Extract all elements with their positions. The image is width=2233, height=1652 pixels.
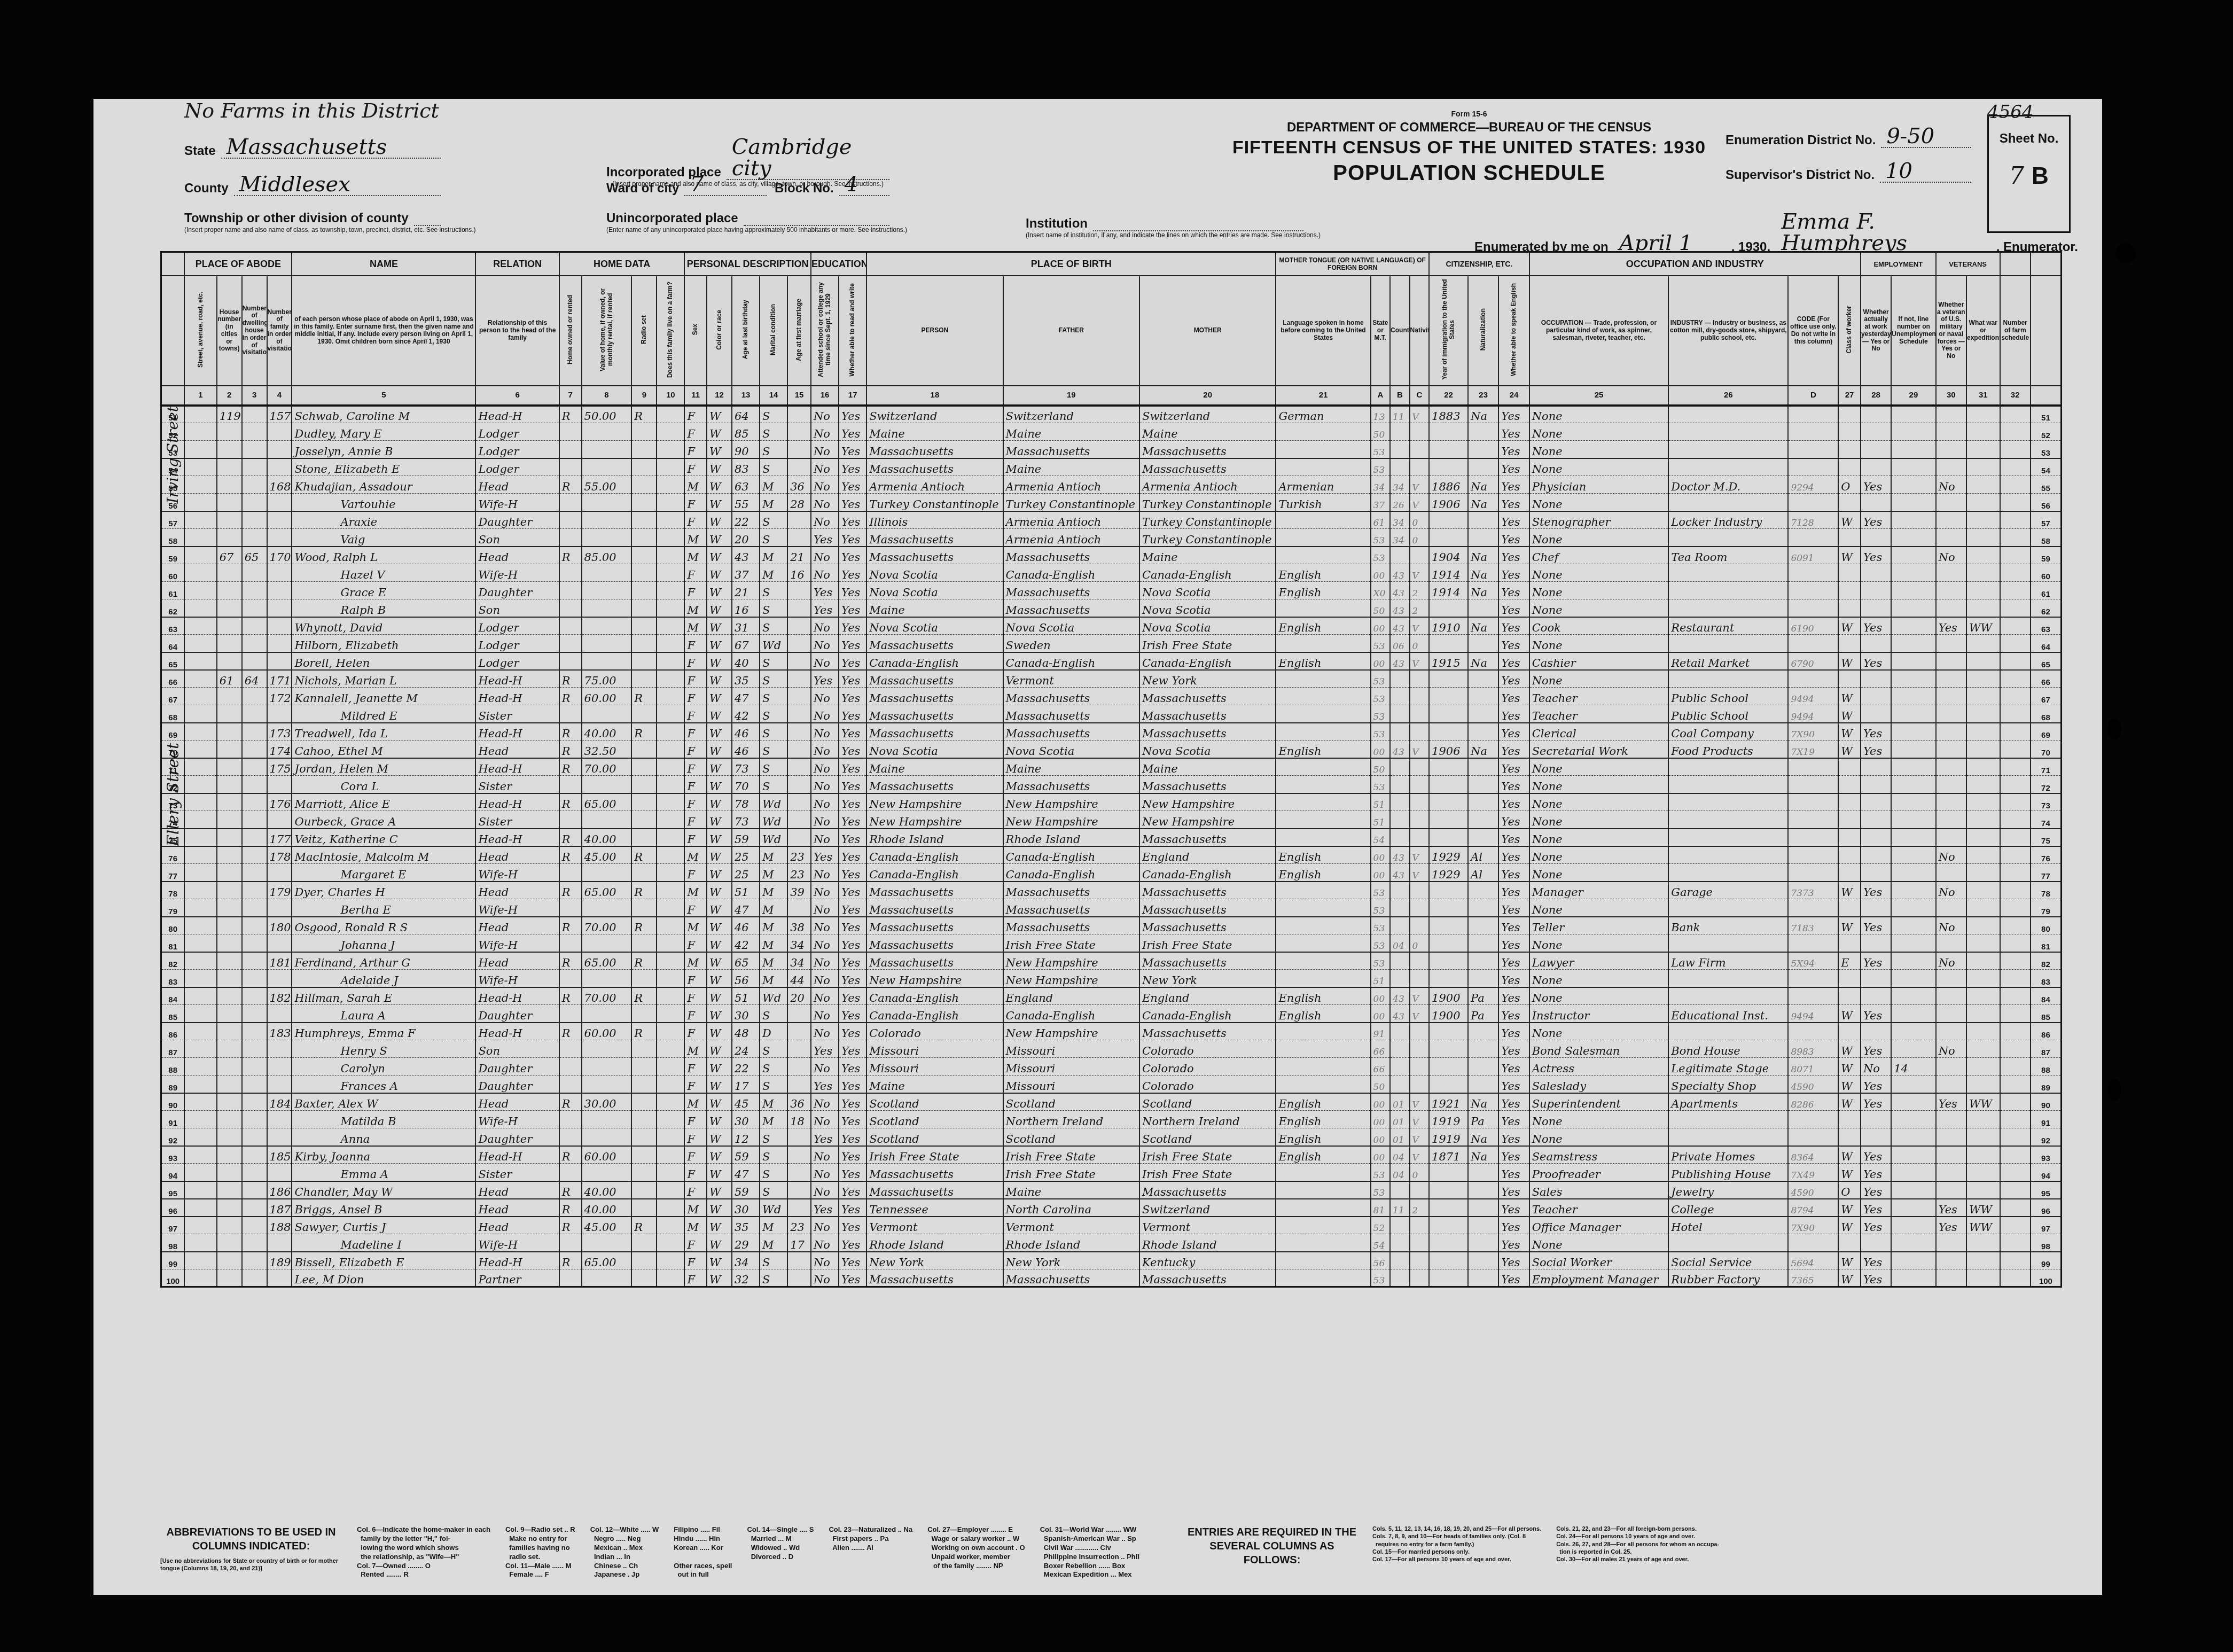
cell-occupation: Stenographer	[1529, 511, 1669, 529]
cell-industry: Garage	[1668, 882, 1788, 899]
cell-marital: M	[760, 864, 787, 882]
cell-tongue	[1276, 670, 1370, 688]
cell-cC	[1410, 547, 1430, 564]
cell-age-marr	[787, 599, 811, 617]
line-number-right: 68	[2031, 705, 2062, 723]
cell-father: Massachusetts	[1003, 882, 1139, 899]
cell-relation: Lodger	[475, 441, 559, 458]
desc-col-16: Attended school or college any time sinc…	[811, 276, 839, 386]
cell-birth: Nova Scotia	[866, 741, 1003, 758]
cell-family	[267, 635, 292, 652]
cell-name: Vaig	[292, 529, 475, 547]
cell-sex: M	[684, 952, 707, 970]
cell-father: New York	[1003, 1252, 1139, 1269]
cell-name: Ferdinand, Arthur G	[292, 952, 475, 970]
cell-tongue	[1276, 1076, 1370, 1093]
desc-spacer-right	[2031, 276, 2062, 386]
cell-street	[184, 511, 216, 529]
cell-cA: 00	[1371, 617, 1390, 635]
cell-farm-sched	[2000, 406, 2031, 423]
cell-war	[1966, 635, 2000, 652]
cell-natur	[1468, 882, 1498, 899]
cell-work: No	[1861, 1058, 1891, 1076]
cell-relation: Wife-H	[475, 494, 559, 511]
cell-radio: R	[631, 688, 657, 705]
cell-occupation: Lawyer	[1529, 952, 1669, 970]
cell-family	[267, 1076, 292, 1093]
cell-mother: Nova Scotia	[1139, 741, 1276, 758]
line-number: 82	[161, 952, 185, 970]
cell-family	[267, 899, 292, 917]
cell-race: W	[707, 1023, 732, 1040]
cell-radio: R	[631, 723, 657, 741]
cell-war	[1966, 564, 2000, 582]
cell-unemp	[1891, 599, 1935, 617]
cell-age: 35	[732, 1217, 760, 1234]
cell-cC: V	[1410, 1111, 1430, 1128]
line-number: 90	[161, 1093, 185, 1111]
cell-class	[1838, 793, 1861, 811]
cell-father: Scotland	[1003, 1093, 1139, 1111]
cell-age-marr	[787, 1040, 811, 1058]
cell-school: No	[811, 970, 839, 987]
cell-relation: Head-H	[475, 987, 559, 1005]
cell-value: 32.50	[582, 741, 632, 758]
cell-code	[1788, 458, 1838, 476]
cell-marital: S	[760, 723, 787, 741]
cell-age: 59	[732, 1146, 760, 1164]
cell-cC	[1410, 1040, 1430, 1058]
cell-industry: Private Homes	[1668, 1146, 1788, 1164]
cell-age: 16	[732, 599, 760, 617]
cell-value: 70.00	[582, 987, 632, 1005]
cell-marital: Wd	[760, 829, 787, 846]
cell-age-marr: 34	[787, 952, 811, 970]
cell-farm	[657, 406, 684, 423]
cell-street	[184, 1217, 216, 1234]
cell-dwelling	[242, 1128, 267, 1146]
cell-dwelling: 65	[242, 547, 267, 564]
cell-school: No	[811, 617, 839, 635]
cell-cB: 43	[1390, 564, 1409, 582]
cell-tongue	[1276, 441, 1370, 458]
cell-radio	[631, 758, 657, 776]
cell-family	[267, 599, 292, 617]
cell-race: W	[707, 1058, 732, 1076]
cell-farm	[657, 1181, 684, 1199]
desc-col-32: Number of farm schedule	[2000, 276, 2031, 386]
cell-birth: Maine	[866, 599, 1003, 617]
cell-natur	[1468, 670, 1498, 688]
cell-owned: R	[559, 670, 582, 688]
abbr-col23: Col. 23—Naturalized .. Na First papers .…	[829, 1525, 912, 1589]
cell-father: Missouri	[1003, 1058, 1139, 1076]
cell-house	[217, 1252, 242, 1269]
cell-natur	[1468, 829, 1498, 846]
col-num: 22	[1429, 386, 1468, 406]
cell-family	[267, 1005, 292, 1023]
cell-age-marr	[787, 635, 811, 652]
cell-dwelling	[242, 705, 267, 723]
line-number: 60	[161, 564, 185, 582]
cell-dwelling	[242, 899, 267, 917]
cell-mother: Irish Free State	[1139, 1164, 1276, 1181]
cell-vet	[1936, 1058, 1966, 1076]
col-num: A	[1371, 386, 1390, 406]
cell-relation: Son	[475, 599, 559, 617]
cell-house	[217, 511, 242, 529]
cell-mother: New Hampshire	[1139, 811, 1276, 829]
cell-natur: Na	[1468, 741, 1498, 758]
cell-birth: Canada-English	[866, 987, 1003, 1005]
cell-cC: V	[1410, 1128, 1430, 1146]
cell-dwelling	[242, 758, 267, 776]
cell-house	[217, 811, 242, 829]
cell-tongue: English	[1276, 1146, 1370, 1164]
cell-cC	[1410, 917, 1430, 934]
cell-house: 119	[217, 406, 242, 423]
cell-house	[217, 599, 242, 617]
cell-tongue: English	[1276, 846, 1370, 864]
cell-house	[217, 899, 242, 917]
cell-dwelling	[242, 599, 267, 617]
cell-age-marr: 20	[787, 987, 811, 1005]
cell-code	[1788, 635, 1838, 652]
cell-radio	[631, 1058, 657, 1076]
cell-class	[1838, 846, 1861, 864]
enumeration-district-field: Enumeration District No. 9-50	[1725, 126, 1971, 148]
cell-house	[217, 741, 242, 758]
cell-value	[582, 1111, 632, 1128]
cell-father: Missouri	[1003, 1040, 1139, 1058]
cell-mother: England	[1139, 987, 1276, 1005]
cell-father: Armenia Antioch	[1003, 476, 1139, 494]
line-number: 67	[161, 688, 185, 705]
cell-english: Yes	[1498, 793, 1529, 811]
cell-owned	[559, 864, 582, 882]
cell-class	[1838, 582, 1861, 599]
cell-age-marr	[787, 670, 811, 688]
cell-age-marr	[787, 776, 811, 793]
group-education: EDUCATION	[811, 252, 866, 276]
cell-cC: 0	[1410, 934, 1430, 952]
cell-age-marr: 36	[787, 1093, 811, 1111]
cell-occupation: None	[1529, 1234, 1669, 1252]
cell-sex: M	[684, 1040, 707, 1058]
cell-industry: Jewelry	[1668, 1181, 1788, 1199]
cell-unemp: 14	[1891, 1058, 1935, 1076]
cell-work	[1861, 758, 1891, 776]
cell-unemp	[1891, 582, 1935, 599]
line-number: 62	[161, 599, 185, 617]
cell-house	[217, 1076, 242, 1093]
cell-farm	[657, 458, 684, 476]
cell-age: 29	[732, 1234, 760, 1252]
cell-natur	[1468, 1252, 1498, 1269]
cell-father: New Hampshire	[1003, 1023, 1139, 1040]
cell-age: 55	[732, 494, 760, 511]
cell-english: Yes	[1498, 882, 1529, 899]
cell-mother: Switzerland	[1139, 406, 1276, 423]
cell-english: Yes	[1498, 1111, 1529, 1128]
cell-owned	[559, 441, 582, 458]
cell-owned	[559, 599, 582, 617]
cell-occupation: None	[1529, 1111, 1669, 1128]
department-title: DEPARTMENT OF COMMERCE—BUREAU OF THE CEN…	[1229, 120, 1709, 135]
line-number-right: 92	[2031, 1128, 2062, 1146]
cell-natur: Na	[1468, 494, 1498, 511]
cell-age-marr	[787, 529, 811, 547]
cell-relation: Wife-H	[475, 564, 559, 582]
cell-street	[184, 423, 216, 441]
desc-col-C: Nativity	[1410, 276, 1430, 386]
cell-cB: 43	[1390, 617, 1409, 635]
cell-relation: Head-H	[475, 758, 559, 776]
cell-sex: F	[684, 564, 707, 582]
abbr-col12-other: Filipino ..... Fil Hindu ...... Hin Kore…	[674, 1525, 732, 1589]
cell-marital: M	[760, 899, 787, 917]
cell-street	[184, 811, 216, 829]
group-occupation: OCCUPATION AND INDUSTRY	[1529, 252, 1861, 276]
cell-dwelling	[242, 829, 267, 846]
cell-radio	[631, 476, 657, 494]
line-number-right: 74	[2031, 811, 2062, 829]
cell-family	[267, 1128, 292, 1146]
cell-sex: F	[684, 406, 707, 423]
cell-value	[582, 705, 632, 723]
line-number-right: 70	[2031, 741, 2062, 758]
table-row: 63Whynott, DavidLodgerMW31SNoYesNova Sco…	[161, 617, 2062, 635]
line-number: 94	[161, 1164, 185, 1181]
cell-relation: Wife-H	[475, 1234, 559, 1252]
line-number-right: 56	[2031, 494, 2062, 511]
cell-family	[267, 970, 292, 987]
cell-read: Yes	[839, 846, 866, 864]
cell-father: New Hampshire	[1003, 970, 1139, 987]
cell-code: 6190	[1788, 617, 1838, 635]
cell-immig	[1429, 1040, 1468, 1058]
cell-sex: F	[684, 1023, 707, 1040]
table-row: 93185Kirby, JoannaHead-HR60.00FW59SNoYes…	[161, 1146, 2062, 1164]
cell-owned	[559, 1111, 582, 1128]
cell-name: Marriott, Alice E	[292, 793, 475, 811]
cell-immig	[1429, 635, 1468, 652]
cell-house	[217, 846, 242, 864]
line-number: 88	[161, 1058, 185, 1076]
cell-birth: Armenia Antioch	[866, 476, 1003, 494]
cell-cC: V	[1410, 741, 1430, 758]
cell-age-marr	[787, 441, 811, 458]
cell-mother: Scotland	[1139, 1093, 1276, 1111]
cell-race: W	[707, 670, 732, 688]
table-row: 92AnnaDaughterFW12SYesYesScotlandScotlan…	[161, 1128, 2062, 1146]
cell-relation: Head	[475, 846, 559, 864]
cell-industry: Coal Company	[1668, 723, 1788, 741]
cell-tongue	[1276, 934, 1370, 952]
group-citizenship: CITIZENSHIP, ETC.	[1429, 252, 1529, 276]
cell-class	[1838, 987, 1861, 1005]
line-number-right: 78	[2031, 882, 2062, 899]
table-row: 77Margaret EWife-HFW25M23NoYesCanada-Eng…	[161, 864, 2062, 882]
cell-family: 178	[267, 846, 292, 864]
cell-farm	[657, 776, 684, 793]
cell-owned: R	[559, 1093, 582, 1111]
cell-farm-sched	[2000, 1058, 2031, 1076]
cell-code: 7X90	[1788, 723, 1838, 741]
cell-natur	[1468, 441, 1498, 458]
cell-read: Yes	[839, 934, 866, 952]
cell-dwelling	[242, 1023, 267, 1040]
cell-street	[184, 1005, 216, 1023]
cell-sex: F	[684, 582, 707, 599]
line-number: 95	[161, 1181, 185, 1199]
cell-war	[1966, 811, 2000, 829]
table-row: 84182Hillman, Sarah EHead-HR70.00RFW51Wd…	[161, 987, 2062, 1005]
cell-work: Yes	[1861, 882, 1891, 899]
cell-value: 30.00	[582, 1093, 632, 1111]
cell-name: Borell, Helen	[292, 652, 475, 670]
cell-name: Vartouhie	[292, 494, 475, 511]
cell-mother: Rhode Island	[1139, 1234, 1276, 1252]
cell-code: 9494	[1788, 688, 1838, 705]
cell-street	[184, 882, 216, 899]
cell-name: Bissell, Elizabeth E	[292, 1252, 475, 1269]
cell-natur: Pa	[1468, 1005, 1498, 1023]
table-row: 62Ralph BSonMW16SYesYesMaineMassachusett…	[161, 599, 2062, 617]
cell-farm	[657, 564, 684, 582]
cell-farm	[657, 705, 684, 723]
cell-cC: 0	[1410, 635, 1430, 652]
desc-col-15: Age at first marriage	[787, 276, 811, 386]
cell-marital: S	[760, 441, 787, 458]
col-num: D	[1788, 386, 1838, 406]
cell-war	[1966, 511, 2000, 529]
cell-natur: Na	[1468, 406, 1498, 423]
cell-cC: V	[1410, 652, 1430, 670]
cell-race: W	[707, 829, 732, 846]
cell-cC	[1410, 776, 1430, 793]
cell-cB	[1390, 1217, 1409, 1234]
cell-birth: Turkey Constantinople	[866, 494, 1003, 511]
cell-cC	[1410, 1217, 1430, 1234]
cell-natur	[1468, 1234, 1498, 1252]
cell-value: 85.00	[582, 547, 632, 564]
cell-farm-sched	[2000, 441, 2031, 458]
cell-dwelling	[242, 406, 267, 423]
cell-english: Yes	[1498, 1076, 1529, 1093]
cell-read: Yes	[839, 1269, 866, 1287]
cell-read: Yes	[839, 1040, 866, 1058]
cell-farm-sched	[2000, 547, 2031, 564]
cell-race: W	[707, 934, 732, 952]
cell-owned: R	[559, 1181, 582, 1199]
cell-marital: M	[760, 882, 787, 899]
cell-farm-sched	[2000, 987, 2031, 1005]
cell-name: Mildred E	[292, 705, 475, 723]
cell-name: Hilborn, Elizabeth	[292, 635, 475, 652]
desc-col-22: Year of immigration to the United States	[1429, 276, 1468, 386]
cell-code: 9494	[1788, 705, 1838, 723]
cell-street	[184, 864, 216, 882]
desc-col-24: Whether able to speak English	[1498, 276, 1529, 386]
group-relation: RELATION	[475, 252, 559, 276]
cell-marital: S	[760, 758, 787, 776]
cell-work: Yes	[1861, 1217, 1891, 1234]
cell-owned	[559, 617, 582, 635]
cell-mother: Scotland	[1139, 1128, 1276, 1146]
cell-farm	[657, 741, 684, 758]
table-row: 82181Ferdinand, Arthur GHeadR65.00RMW65M…	[161, 952, 2062, 970]
cell-radio	[631, 635, 657, 652]
cell-birth: Massachusetts	[866, 899, 1003, 917]
cell-cA: 53	[1371, 917, 1390, 934]
cell-vet	[1936, 441, 1966, 458]
cell-work: Yes	[1861, 511, 1891, 529]
column-number-row: 1 2 3 4 5 6 7 8 9 10 11 12 13 14 15 16 1…	[161, 386, 2062, 406]
top-note: No Farms in this District	[184, 99, 439, 122]
cell-english: Yes	[1498, 423, 1529, 441]
cell-sex: F	[684, 741, 707, 758]
cell-cB	[1390, 670, 1409, 688]
cell-cA: 61	[1371, 511, 1390, 529]
cell-family: 173	[267, 723, 292, 741]
cell-industry	[1668, 811, 1788, 829]
cell-school: No	[811, 882, 839, 899]
cell-class: W	[1838, 688, 1861, 705]
cell-class	[1838, 970, 1861, 987]
cell-vet	[1936, 970, 1966, 987]
cell-house	[217, 494, 242, 511]
cell-mother: Vermont	[1139, 1217, 1276, 1234]
cell-farm-sched	[2000, 670, 2031, 688]
cell-age-marr	[787, 1181, 811, 1199]
cell-read: Yes	[839, 406, 866, 423]
line-number: 87	[161, 1040, 185, 1058]
cell-code	[1788, 494, 1838, 511]
desc-col-26: INDUSTRY — Industry or business, as cott…	[1668, 276, 1788, 386]
cell-cB: 04	[1390, 934, 1409, 952]
cell-unemp	[1891, 1146, 1935, 1164]
institution-label: Institution	[1026, 216, 1088, 231]
cell-cB	[1390, 776, 1409, 793]
cell-house	[217, 1164, 242, 1181]
cell-code	[1788, 1128, 1838, 1146]
cell-farm-sched	[2000, 564, 2031, 582]
cell-family: 157	[267, 406, 292, 423]
col-num: 17	[839, 386, 866, 406]
cell-dwelling	[242, 1005, 267, 1023]
cell-work	[1861, 441, 1891, 458]
cell-class	[1838, 635, 1861, 652]
cell-birth: Missouri	[866, 1040, 1003, 1058]
cell-house	[217, 723, 242, 741]
cell-birth: Massachusetts	[866, 547, 1003, 564]
cell-dwelling	[242, 494, 267, 511]
cell-value: 40.00	[582, 829, 632, 846]
cell-class: W	[1838, 882, 1861, 899]
cell-cB: 01	[1390, 1093, 1409, 1111]
entries-list-1: Cols. 5, 11, 12, 13, 14, 16, 18, 19, 20,…	[1372, 1525, 1541, 1589]
cell-class	[1838, 441, 1861, 458]
cell-father: Canada-English	[1003, 652, 1139, 670]
abbreviations-note: [Use no abbreviations for State or count…	[160, 1557, 342, 1573]
cell-value	[582, 1128, 632, 1146]
cell-name: Henry S	[292, 1040, 475, 1058]
cell-father: Irish Free State	[1003, 934, 1139, 952]
cell-race: W	[707, 688, 732, 705]
cell-war	[1966, 547, 2000, 564]
cell-mother: New York	[1139, 970, 1276, 987]
